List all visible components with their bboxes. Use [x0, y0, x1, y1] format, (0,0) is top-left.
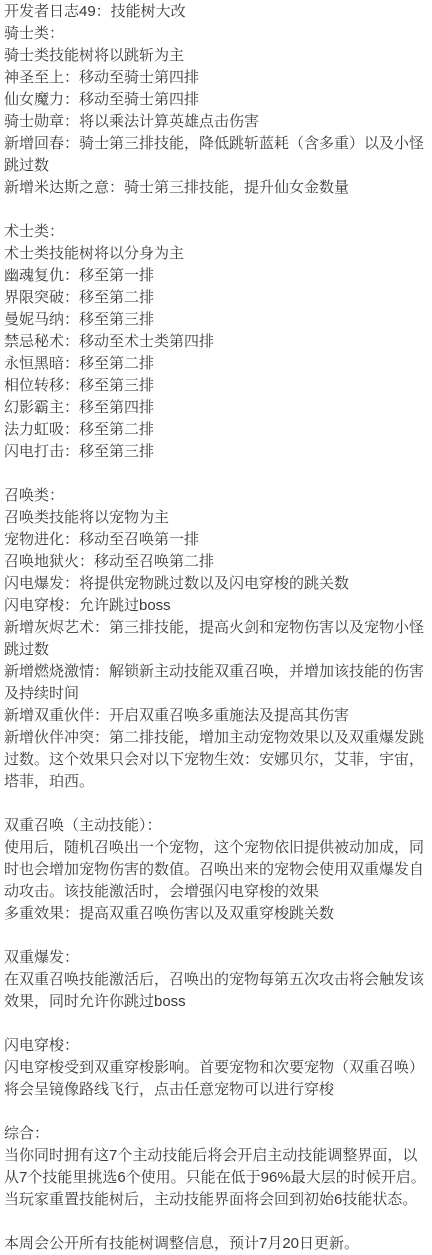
text-line: 闪电穿梭：	[4, 1035, 424, 1057]
blank-line	[4, 1101, 424, 1123]
text-line: 术士类技能树将以分身为主	[4, 243, 424, 265]
text-line: 神圣至上：移动至骑士第四排	[4, 67, 424, 89]
text-line: 本周会公开所有技能树调整信息，预计7月20日更新。	[4, 1233, 424, 1255]
blank-line	[4, 1211, 424, 1233]
text-line: 禁忌秘术：移动至术士类第四排	[4, 331, 424, 353]
text-line: 跳过数	[4, 155, 424, 177]
blank-line	[4, 925, 424, 947]
text-line: 新增米达斯之意：骑士第三排技能，提升仙女金数量	[4, 177, 424, 199]
text-line: 综合：	[4, 1123, 424, 1145]
text-line: 新增双重伙伴：开启双重召唤多重施法及提高其伤害	[4, 705, 424, 727]
text-line: 幽魂复仇：移至第一排	[4, 265, 424, 287]
text-line: 将会呈镜像路线飞行，点击任意宠物可以进行穿梭	[4, 1079, 424, 1101]
text-line: 使用后，随机召唤出一个宠物，这个宠物依旧提供被动加成，同	[4, 837, 424, 859]
text-line: 效果，同时允许你跳过boss	[4, 991, 424, 1013]
text-line: 召唤类技能将以宠物为主	[4, 507, 424, 529]
page-background: { "page": { "background_color": "#ffffff…	[0, 0, 432, 1255]
text-line: 曼妮马纳：移至第三排	[4, 309, 424, 331]
text-line: 骑士勋章：将以乘法计算英雄点击伤害	[4, 111, 424, 133]
text-line: 召唤地狱火：移动至召唤第二排	[4, 551, 424, 573]
text-line: 宠物进化：移动至召唤第一排	[4, 529, 424, 551]
text-line: 幻影霸主：移至第四排	[4, 397, 424, 419]
text-line: 术士类：	[4, 221, 424, 243]
text-line: 新增回春：骑士第三排技能，降低跳斩蓝耗（含多重）以及小怪	[4, 133, 424, 155]
page-title: 开发者日志49：技能树大改	[4, 1, 424, 23]
text-line: 闪电打击：移至第三排	[4, 441, 424, 463]
text-line: 从7个技能里挑选6个使用。只能在低于96%最大层的时候开启。	[4, 1167, 424, 1189]
text-line: 闪电穿梭受到双重穿梭影响。首要宠物和次要宠物（双重召唤）	[4, 1057, 424, 1079]
blank-line	[4, 463, 424, 485]
text-line: 闪电爆发：将提供宠物跳过数以及闪电穿梭的跳关数	[4, 573, 424, 595]
text-line: 新增燃烧激情：解锁新主动技能双重召唤，并增加该技能的伤害	[4, 661, 424, 683]
text-line: 双重爆发：	[4, 947, 424, 969]
text-line: 双重召唤（主动技能）：	[4, 815, 424, 837]
text-line: 闪电穿梭：允许跳过boss	[4, 595, 424, 617]
text-line: 当你同时拥有这7个主动技能后将会开启主动技能调整界面，以	[4, 1145, 424, 1167]
text-line: 骑士类技能树将以跳斩为主	[4, 45, 424, 67]
text-line: 多重效果：提高双重召唤伤害以及双重穿梭跳关数	[4, 903, 424, 925]
text-line: 仙女魔力：移动至骑士第四排	[4, 89, 424, 111]
text-line: 时也会增加宠物伤害的数值。召唤出来的宠物会使用双重爆发自	[4, 859, 424, 881]
text-line: 在双重召唤技能激活后，召唤出的宠物每第五次攻击将会触发该	[4, 969, 424, 991]
text-line: 过数。这个效果只会对以下宠物生效：安娜贝尔，艾菲，宇宙，	[4, 749, 424, 771]
text-line: 塔菲，珀西。	[4, 771, 424, 793]
text-line: 当玩家重置技能树后，主动技能界面将会回到初始6技能状态。	[4, 1189, 424, 1211]
text-line: 法力虹吸：移至第二排	[4, 419, 424, 441]
document-body: 骑士类：骑士类技能树将以跳斩为主神圣至上：移动至骑士第四排仙女魔力：移动至骑士第…	[4, 23, 424, 1255]
text-line: 动攻击。该技能激活时，会增强闪电穿梭的效果	[4, 881, 424, 903]
text-line: 跳过数	[4, 639, 424, 661]
blank-line	[4, 1013, 424, 1035]
text-line: 永恒黑暗：移至第二排	[4, 353, 424, 375]
text-line: 新增伙伴冲突：第二排技能，增加主动宠物效果以及双重爆发跳	[4, 727, 424, 749]
blank-line	[4, 199, 424, 221]
blank-line	[4, 793, 424, 815]
text-line: 及持续时间	[4, 683, 424, 705]
developer-log-document: 开发者日志49：技能树大改 骑士类：骑士类技能树将以跳斩为主神圣至上：移动至骑士…	[0, 0, 432, 1255]
text-line: 召唤类：	[4, 485, 424, 507]
text-line: 界限突破：移至第二排	[4, 287, 424, 309]
text-line: 相位转移：移至第三排	[4, 375, 424, 397]
text-line: 新增灰烬艺术：第三排技能，提高火剑和宠物伤害以及宠物小怪	[4, 617, 424, 639]
text-line: 骑士类：	[4, 23, 424, 45]
